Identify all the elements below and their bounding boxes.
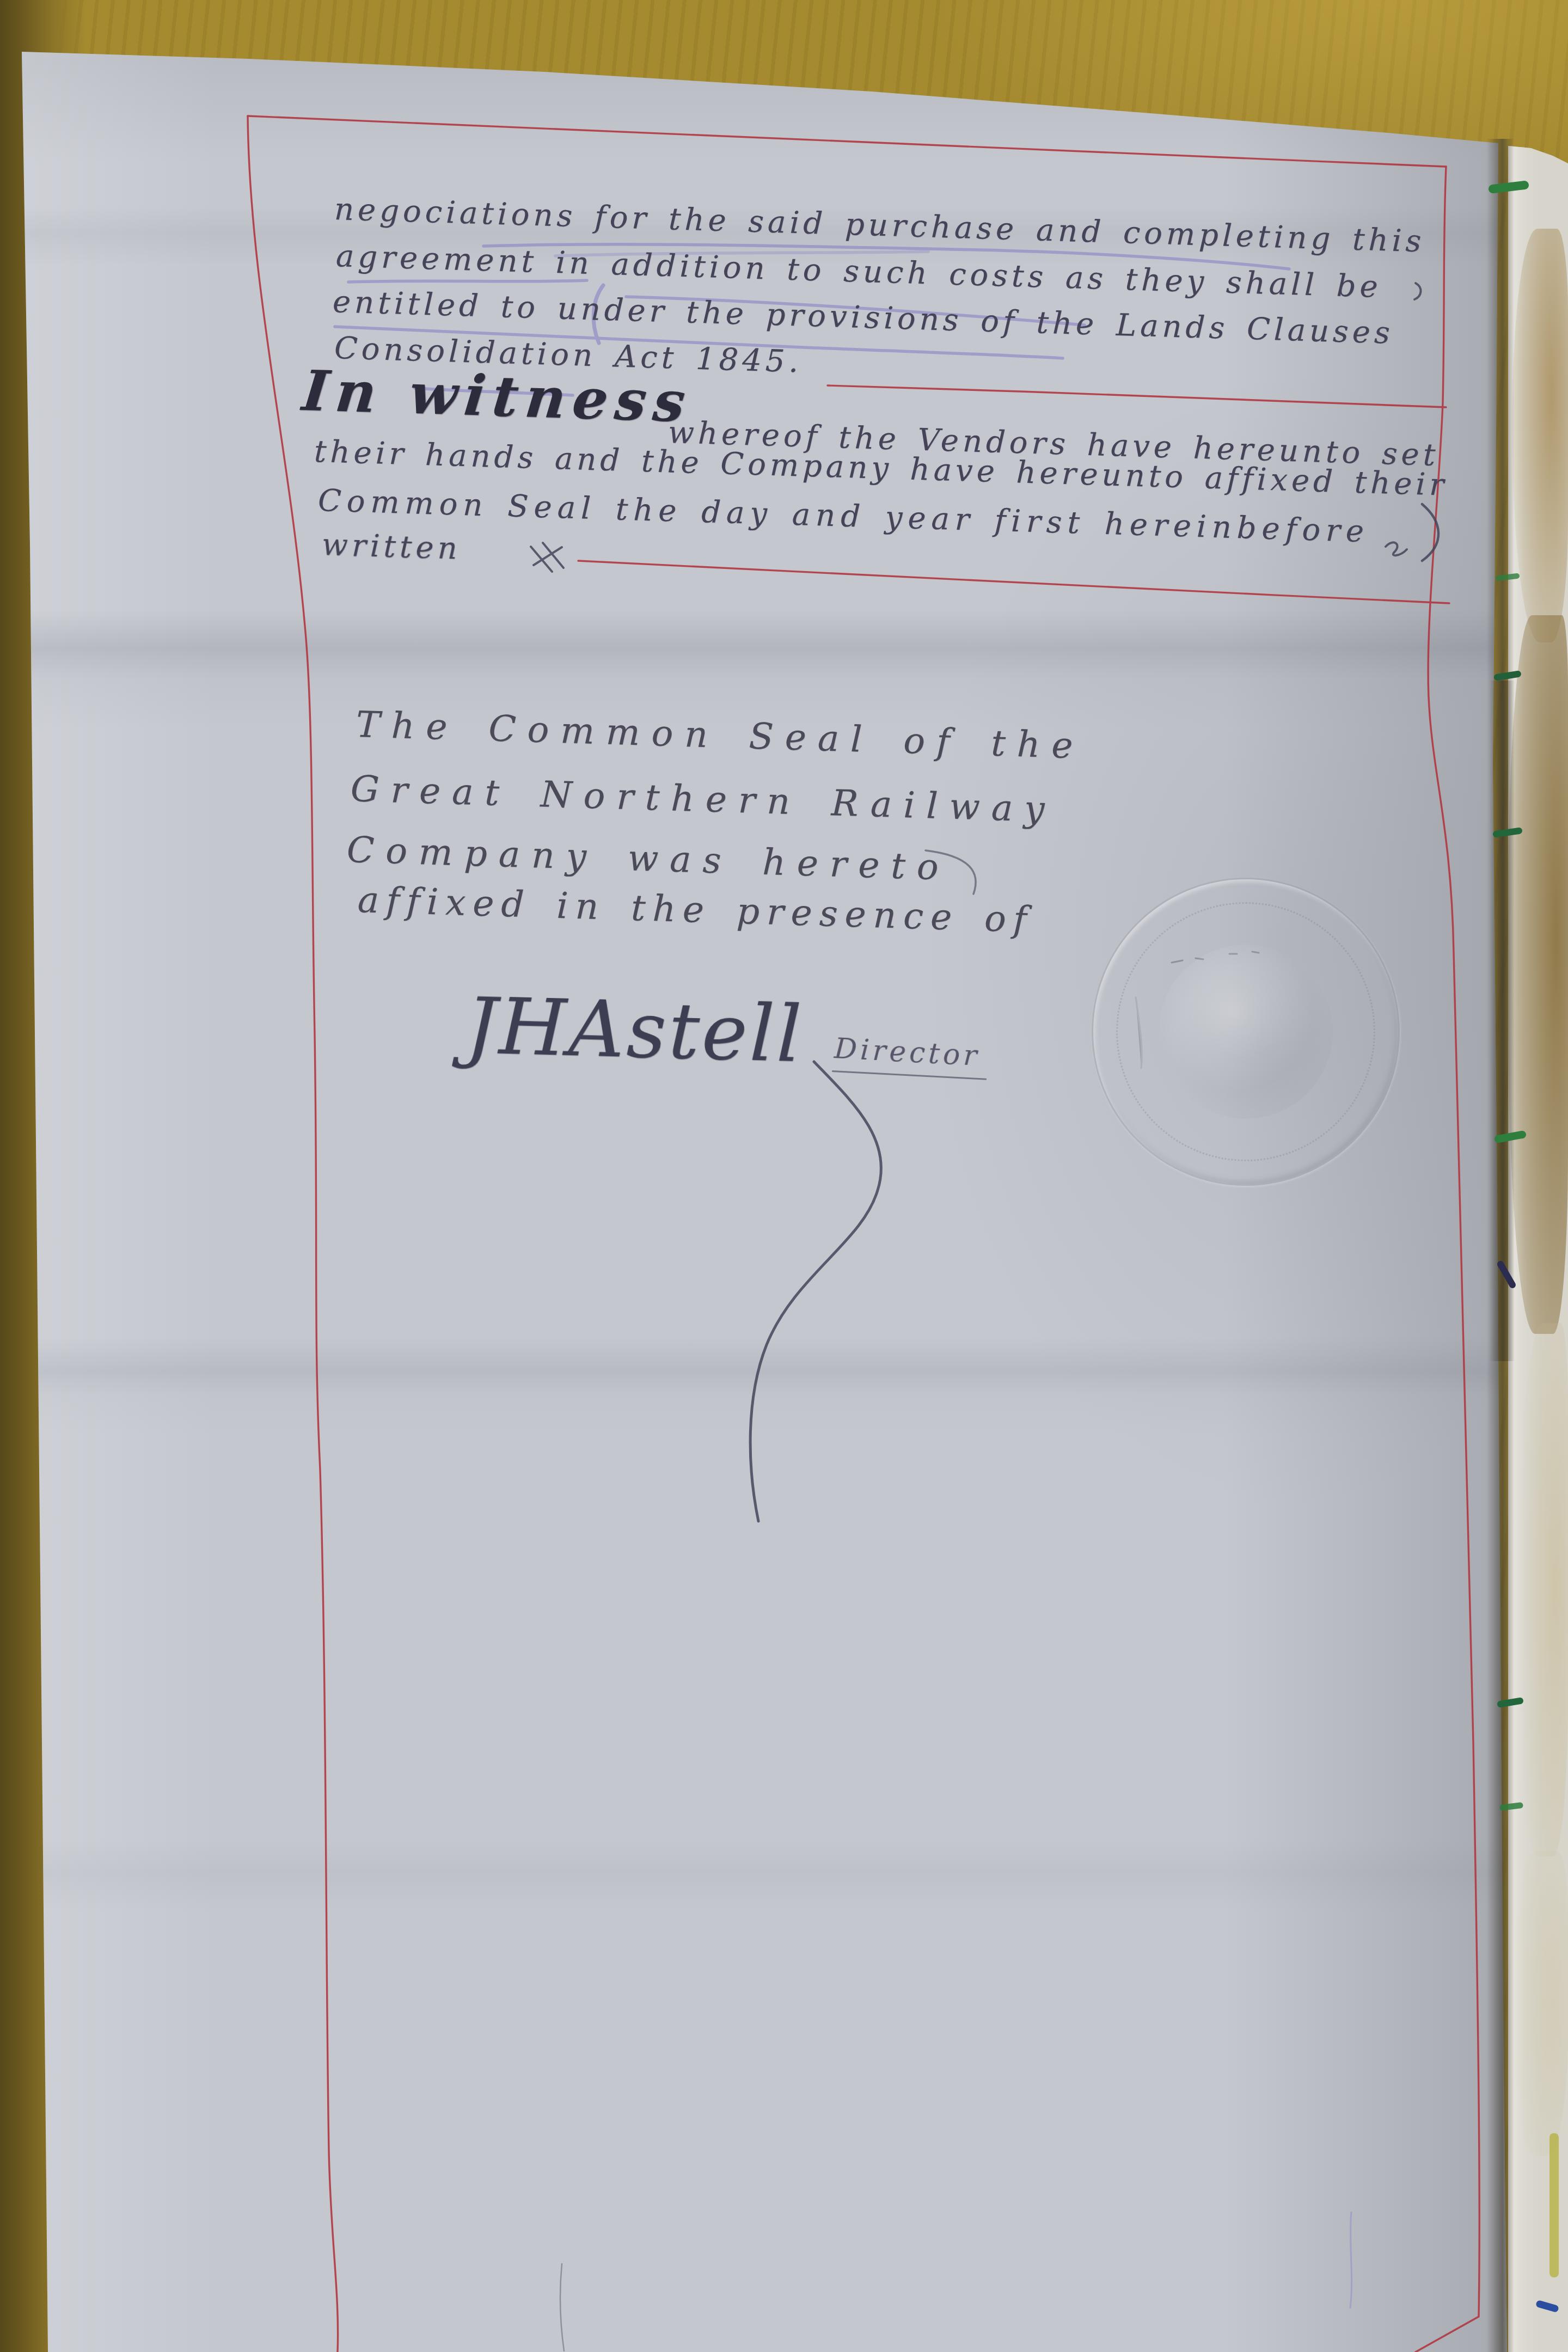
embossed-common-seal [1092,878,1400,1186]
fold-crease [0,610,1508,730]
fold-crease [0,1337,1508,1435]
witness-line-4: written [321,527,462,567]
director-title: Director [832,1032,989,1080]
director-signature: JHAstell [465,981,805,1080]
in-witness-heading: In witness [299,358,695,435]
fold-crease [0,1840,1508,1911]
photographed-document: negociations for the said purchase and c… [0,0,1568,2352]
